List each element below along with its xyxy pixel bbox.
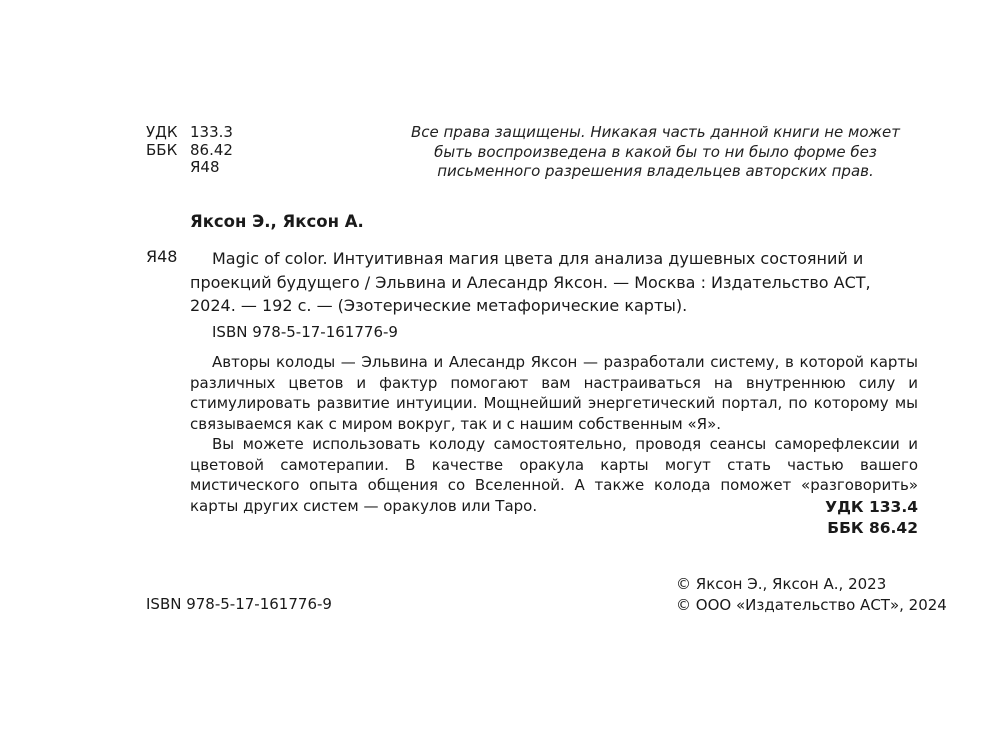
bbk-row: ББК 86.42 [146,142,233,160]
bbk-label: ББК [146,142,190,160]
copyright-block: © Яксон Э., Яксон А., 2023 © ООО «Издате… [676,574,947,616]
abstract-paragraph: Вы можете использовать колоду самостояте… [190,434,918,516]
abstract-paragraph: Авторы колоды — Эльвина и Алесандр Яксон… [190,352,918,434]
final-classification-codes: УДК 133.4 ББК 86.42 [825,497,918,539]
book-imprint-page: УДК 133.3 ББК 86.42 Я48 Все права защище… [0,0,1000,732]
author-mark: Я48 [190,159,220,177]
rights-notice: Все права защищены. Никакая часть данной… [398,123,913,182]
udk-label: УДК [146,124,190,142]
bibliographic-description: Magic of color. Интуитивная магия цвета … [190,247,918,318]
bibliographic-mark: Я48 [146,247,177,266]
copyright-authors: © Яксон Э., Яксон А., 2023 [676,574,947,595]
bibliographic-text: Magic of color. Интуитивная магия цвета … [190,249,871,315]
udk-row: УДК 133.3 [146,124,233,142]
bibliographic-isbn: ISBN 978-5-17-161776-9 [212,323,398,341]
final-udk: УДК 133.4 [825,497,918,518]
copyright-publisher: © ООО «Издательство АСТ», 2024 [676,595,947,616]
classification-codes: УДК 133.3 ББК 86.42 Я48 [146,124,233,177]
footer-isbn: ISBN 978-5-17-161776-9 [146,595,332,613]
bbk-value: 86.42 [190,142,233,160]
final-bbk: ББК 86.42 [825,518,918,539]
authors-heading: Яксон Э., Яксон А. [190,212,364,231]
udk-value: 133.3 [190,124,233,142]
abstract: Авторы колоды — Эльвина и Алесандр Яксон… [190,352,918,516]
author-mark-row: Я48 [146,159,233,177]
